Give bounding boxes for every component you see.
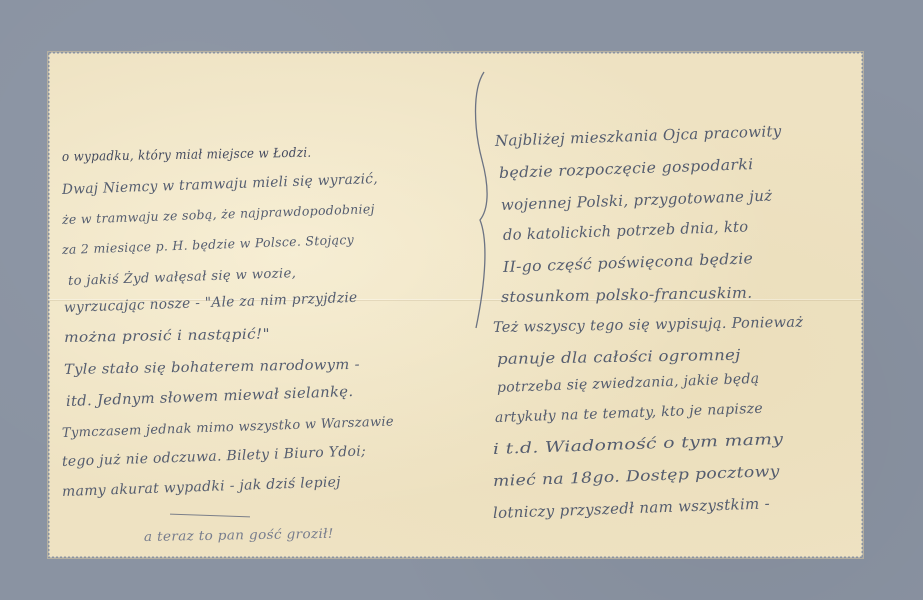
handwritten-line: panuje dla całości ogromnej — [497, 346, 741, 368]
right-page: Najbliżej mieszkania Ojca pracowity będz… — [463, 52, 863, 558]
underline-stroke — [170, 514, 250, 518]
handwritten-line: a teraz to pan gość groził! — [144, 527, 334, 545]
handwritten-line: do katolickich potrzeb dnia, kto — [503, 217, 749, 244]
handwritten-line: lotniczy przyszedł nam wszystkim - — [493, 494, 771, 522]
left-page: o wypadku, który miał miejsce w Łodzi. D… — [48, 52, 463, 558]
handwritten-line: II-go część poświęcona będzie — [503, 249, 754, 276]
handwritten-line: będzie rozpoczęcie gospodarki — [499, 155, 754, 182]
handwritten-line: to jakiś Żyd wałęsał się w wozie, — [68, 266, 297, 289]
handwritten-line: Tymczasem jednak mimo wszystko w Warszaw… — [62, 414, 394, 441]
handwritten-line: Dwaj Niemcy w tramwaju mieli się wyrazić… — [62, 171, 378, 198]
handwritten-line: można prosić i nastąpić!" — [64, 326, 270, 346]
handwritten-line: mieć na 18go. Dostęp pocztowy — [493, 462, 780, 490]
handwritten-line: stosunkom polsko-francuskim. — [501, 284, 753, 306]
handwritten-line: wojennej Polski, przygotowane już — [501, 187, 773, 214]
handwritten-line: tego już nie odczuwa. Bilety i Biuro Ydo… — [62, 443, 367, 470]
handwritten-line: wyrzucając nosze - "Ale za nim przyjdzie — [64, 290, 358, 316]
handwritten-line: Tyle stało się bohaterem narodowym - — [64, 357, 360, 378]
handwritten-line: że w tramwaju ze sobą, że najprawdopodob… — [62, 201, 375, 227]
handwritten-line: i t.d. Wiadomość o tym mamy — [493, 430, 784, 458]
handwritten-line: itd. Jednym słowem miewał sielankę. — [66, 384, 354, 410]
handwritten-line: Najbliżej mieszkania Ojca pracowity — [495, 122, 782, 150]
handwritten-line: o wypadku, który miał miejsce w Łodzi. — [62, 146, 312, 165]
handwritten-line: potrzeba się zwiedzania, jakie będą — [497, 371, 760, 396]
letter-sheet: o wypadku, który miał miejsce w Łodzi. D… — [48, 52, 863, 558]
handwritten-line: artykuły na te tematy, kto je napisze — [495, 401, 763, 426]
handwritten-line: mamy akurat wypadki - jak dziś lepiej — [62, 474, 341, 500]
handwritten-line: Też wszyscy tego się wypisują. Ponieważ — [493, 315, 803, 336]
handwritten-line: za 2 miesiące p. H. będzie w Polsce. Sto… — [62, 232, 354, 257]
